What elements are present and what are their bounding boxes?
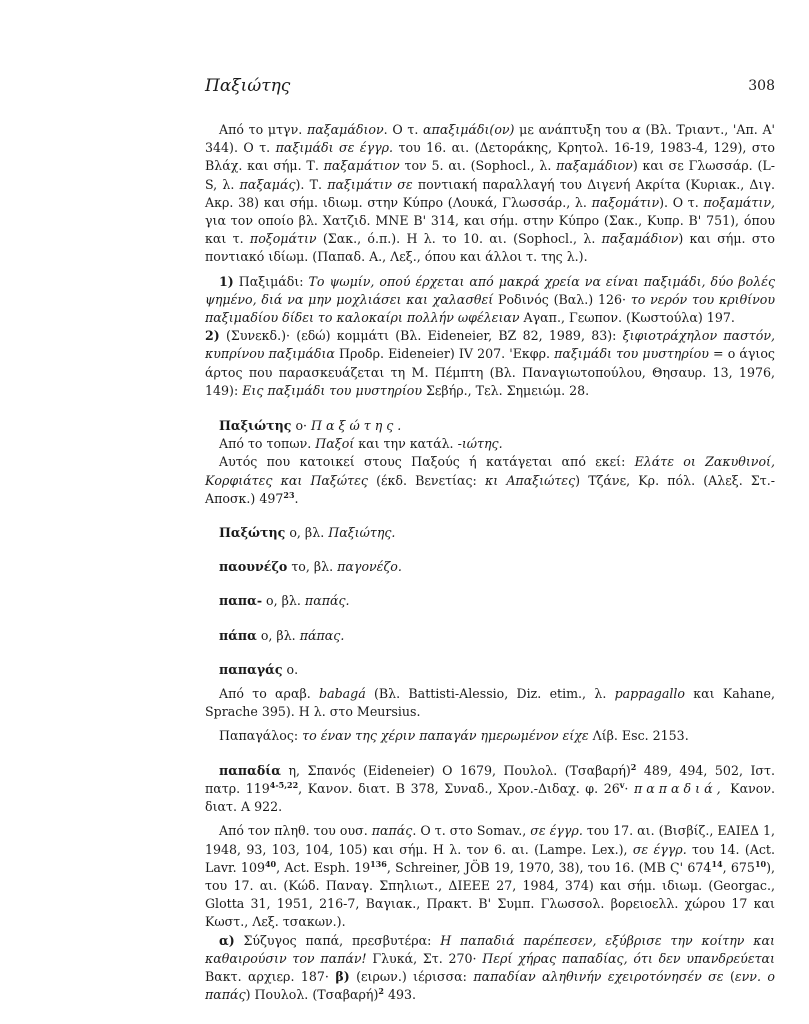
cross-ref-target: πάπας. xyxy=(300,628,345,643)
lemma: πάπα xyxy=(219,628,257,643)
quotation: Περί χήρας παπαδίας, ότι δεν υπανδρεύετα… xyxy=(482,951,775,966)
gender: ο· xyxy=(291,418,311,433)
text: και την κατάλ. xyxy=(354,436,457,451)
quotation: κι Απαξιώτες xyxy=(485,473,575,488)
text: . Ο τ. στο Somav., xyxy=(412,823,530,838)
definition: Αυτός που κατοικεί στους Παξούς ή κατάγε… xyxy=(205,453,775,508)
italic-form: σε έγγρ. xyxy=(530,823,583,838)
page-body: Από το μτγν. παξαμάδιον. Ο τ. απαξιμάδι(… xyxy=(205,121,775,1004)
sense-1: 1) Παξιμάδι: Το ψωμίν, οπού έρχεται από … xyxy=(205,273,775,328)
cross-ref-entry: παουνέζο το, βλ. παγονέζο. xyxy=(205,558,775,576)
lemma: παπαδία xyxy=(219,763,281,778)
italic-form: παξιμάδι σε έγγρ. xyxy=(276,140,393,155)
italic-form: babagá xyxy=(319,686,366,701)
text: Από το αραβ. xyxy=(219,686,319,701)
text: (ειρων.) ιέρισσα: xyxy=(350,969,474,984)
italic-form: παξαμάδιον xyxy=(307,122,384,137)
sense-number: 1) xyxy=(219,274,234,289)
entry-headline: παπαδία η, Σπανός (Eideneier) Ο 1679, Πο… xyxy=(205,762,775,817)
sense-number: β) xyxy=(335,969,349,984)
text: , Act. Esph. 19 xyxy=(276,860,370,875)
lemma: Παξώτης xyxy=(219,525,285,540)
text: (Σακ., ό.π.). Η λ. το 10. αι. (Sophocl.,… xyxy=(317,231,602,246)
text: . Ο τ. xyxy=(384,122,423,137)
cross-ref-entry: Παξώτης ο, βλ. Παξιώτης. xyxy=(205,524,775,542)
superscript: 23 xyxy=(283,490,294,500)
text: Παπαγάλος: xyxy=(219,728,302,743)
lemma: παπαγάς xyxy=(219,662,283,677)
text: Αυτός που κατοικεί στους Παξούς ή κατάγε… xyxy=(219,454,635,469)
source: Λίβ. Esc. 2153. xyxy=(589,728,689,743)
italic-form: παξαμάς xyxy=(240,177,296,192)
text: Παξιμάδι: xyxy=(234,274,309,289)
quotation: το έναν της χέριν παπαγάν ημερωμένον είχ… xyxy=(302,728,588,743)
page-number: 308 xyxy=(748,78,775,94)
italic-form: παπάς xyxy=(372,823,413,838)
text: Από το μτγν. xyxy=(219,122,307,137)
italic-form: ποξαμάτιν, xyxy=(703,195,775,210)
phrase: παξιμάδι του μυστηρίου xyxy=(554,346,709,361)
text: ). Ο τ. xyxy=(659,195,703,210)
text: η, Σπανός (Eideneier) Ο 1679, Πουλολ. (Τ… xyxy=(281,763,631,778)
superscript: 14 xyxy=(711,859,722,869)
cross-ref-target: παπάς. xyxy=(305,593,350,608)
text: , Κανον. διατ. Β 378, Συναδ., Χρον.-Διδα… xyxy=(298,781,620,796)
etymology-paragraph: Από το μτγν. παξαμάδιον. Ο τ. απαξιμάδι(… xyxy=(205,121,775,267)
lemma: Παξιώτης xyxy=(219,418,291,433)
text: ο, βλ. xyxy=(257,628,300,643)
text: (Βλ. Battisti-Alessio, Diz. etim., λ. xyxy=(366,686,615,701)
cross-ref-entry: πάπα ο, βλ. πάπας. xyxy=(205,627,775,645)
superscript: 4-5,22 xyxy=(270,780,298,790)
source: Ροδινός (Βαλ.) 126· xyxy=(493,292,631,307)
senses: α) Σύζυγος παπά, πρεσβυτέρα: Η παπαδιά π… xyxy=(205,932,775,1005)
source: Σεβήρ., Τελ. Σημειώμ. 28. xyxy=(422,383,589,398)
italic-form: ποξομάτιν xyxy=(250,231,317,246)
etymology-paragraph: Από το αραβ. babagá (Βλ. Battisti-Alessi… xyxy=(205,685,775,721)
variant-form: Παξώτης. xyxy=(311,418,405,433)
superscript: 10 xyxy=(755,859,766,869)
italic-form: -ιώτης. xyxy=(458,436,503,451)
example: Παπαγάλος: το έναν της χέριν παπαγάν ημε… xyxy=(205,727,775,745)
italic-form: pappagallo xyxy=(615,686,685,701)
text: Από τον πληθ. του ουσ. xyxy=(219,823,372,838)
source: ) Πουλολ. (Τσαβαρή) xyxy=(246,987,379,1002)
italic-form: παξιμάτιν σε xyxy=(327,177,412,192)
text: . xyxy=(295,491,299,506)
text: , 675 xyxy=(723,860,755,875)
superscript: 40 xyxy=(265,859,276,869)
text: με ανάπτυξη του xyxy=(514,122,632,137)
superscript: 136 xyxy=(370,859,387,869)
running-title: Παξιώτης xyxy=(205,76,290,96)
text: · xyxy=(624,781,634,796)
running-head: Παξιώτης 308 xyxy=(205,76,775,100)
gender: ο. xyxy=(283,662,299,677)
entry-headline: παπαγάς ο. xyxy=(205,661,775,679)
text: (Συνεκδ.)· (εδώ) κομμάτι (Βλ. Eideneier,… xyxy=(220,328,623,343)
quotation: παπαδίαν αληθινήν εχειροτόνησέν σε xyxy=(473,969,723,984)
text: ο, βλ. xyxy=(285,525,328,540)
sense-number: 2) xyxy=(205,328,220,343)
text: το, βλ. xyxy=(287,559,337,574)
text: τον 5. αι. (Sophocl., λ. xyxy=(400,158,556,173)
text: , Schreiner, JÖB 19, 1970, 38), του 16. … xyxy=(387,860,712,875)
italic-form: Παξοί xyxy=(315,436,354,451)
etymology-paragraph: Από τον πληθ. του ουσ. παπάς. Ο τ. στο S… xyxy=(205,822,775,931)
cross-ref-target: Παξιώτης. xyxy=(328,525,395,540)
entry-headline: Παξιώτης ο· Παξώτης. xyxy=(205,417,775,435)
variant-form: παπαδιά, xyxy=(634,781,725,796)
source: Βακτ. αρχιερ. 187· xyxy=(205,969,335,984)
sense-2: 2) (Συνεκδ.)· (εδώ) κομμάτι (Βλ. Eidenei… xyxy=(205,327,775,400)
source: Αγαπ., Γεωπον. (Κωστούλα) 197. xyxy=(520,310,735,325)
text: ο, βλ. xyxy=(262,593,305,608)
source: Γλυκά, Στ. 270· xyxy=(367,951,483,966)
italic-form: απαξιμάδι(ον) xyxy=(423,122,514,137)
text: (έκδ. Βενετίας: xyxy=(368,473,485,488)
italic-form: α xyxy=(632,122,641,137)
italic-form: παξαμάδιον xyxy=(556,158,633,173)
text: ( xyxy=(724,969,735,984)
etymology-paragraph: Από το τοπων. Παξοί και την κατάλ. -ιώτη… xyxy=(205,435,775,453)
italic-form: σε έγγρ. xyxy=(633,842,687,857)
italic-form: παξαμάτιον xyxy=(324,158,400,173)
lemma: παουνέζο xyxy=(219,559,287,574)
source: Προδρ. Eideneier) IV 207. 'Εκφρ. xyxy=(335,346,554,361)
italic-form: παξομάτιν xyxy=(592,195,660,210)
quotation: Εις παξιμάδι του μυστηρίου xyxy=(242,383,422,398)
italic-form: παξαμάδιον xyxy=(602,231,679,246)
text: ). Τ. xyxy=(296,177,328,192)
text: Από το τοπων. xyxy=(219,436,315,451)
lemma: παπα- xyxy=(219,593,262,608)
text: Σύζυγος παπά, πρεσβυτέρα: xyxy=(235,933,441,948)
text: 493. xyxy=(384,987,416,1002)
cross-ref-entry: παπα- ο, βλ. παπάς. xyxy=(205,592,775,610)
sense-number: α) xyxy=(219,933,235,948)
cross-ref-target: παγονέζο. xyxy=(337,559,402,574)
